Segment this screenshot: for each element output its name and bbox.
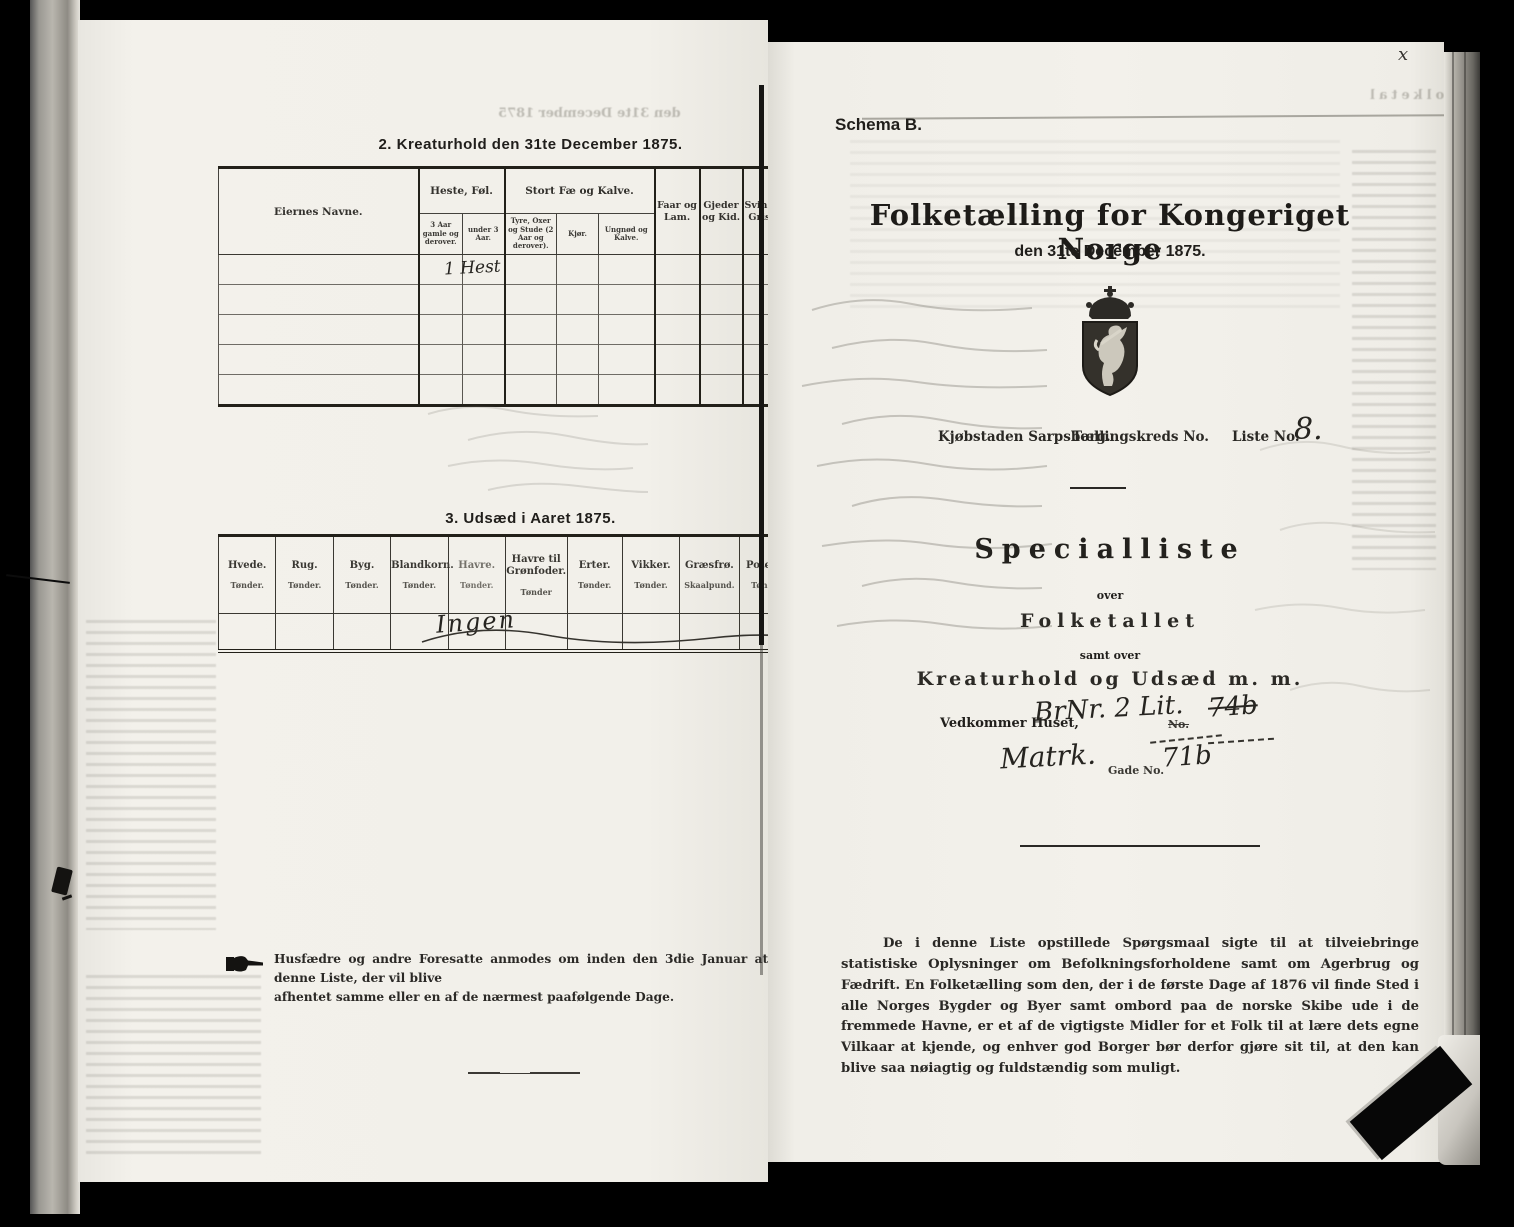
gade-no-label: Gade No. bbox=[1108, 764, 1164, 777]
footer-note-line2: afhentet samme eller en af de nærmest pa… bbox=[274, 988, 826, 1007]
handwritten-housenumber-struck: 74b bbox=[1207, 690, 1259, 723]
handwritten-matrikkel-number: 71b bbox=[1161, 740, 1213, 773]
col-havre: Havre.Tønder. bbox=[448, 536, 505, 614]
pointing-hand-icon bbox=[226, 954, 264, 978]
col-havre-gronfoder: Havre til Grønfoder.Tønder bbox=[505, 536, 567, 614]
list-number-label: Liste No. bbox=[1232, 429, 1300, 445]
samt-over-label: samt over bbox=[830, 649, 1390, 662]
bleedthrough-text: den 31te December 1875 bbox=[498, 106, 681, 121]
col-eiernes-navne: Eiernes Navne. bbox=[219, 168, 419, 255]
col-tyre-oxer: Tyre, Oxer og Stude (2 Aar og derover). bbox=[505, 214, 557, 255]
bleedthrough-handwriting bbox=[408, 392, 768, 512]
folketallet-heading: Folketallet bbox=[830, 610, 1390, 632]
page-fold bbox=[759, 85, 764, 645]
table-row bbox=[219, 315, 842, 345]
kreaturhold-table: Eiernes Navne. Heste, Føl. Stort Fæ og K… bbox=[218, 166, 842, 407]
district-underline bbox=[1070, 487, 1126, 489]
handwritten-matrk: Matrk. bbox=[999, 738, 1096, 776]
footer-note: Husfædre og andre Foresatte anmodes om i… bbox=[274, 950, 826, 1007]
page-fold-lower bbox=[760, 645, 763, 975]
col-byg: Byg.Tønder. bbox=[333, 536, 390, 614]
udsaed-title: 3. Udsæd i Aaret 1875. bbox=[218, 510, 843, 527]
col-graesfro: Græsfrø.Skaalpund. bbox=[680, 536, 740, 614]
right-page-edge-stack bbox=[1444, 52, 1480, 1164]
footer-note-line1: Husfædre og andre Foresatte anmodes om i… bbox=[274, 950, 826, 988]
table-row bbox=[219, 285, 842, 315]
scanned-census-document: den 31te December 1875 2. Kreaturhold de… bbox=[0, 0, 1514, 1227]
col-erter: Erter.Tønder. bbox=[567, 536, 622, 614]
schema-label: Schema B. bbox=[835, 115, 922, 135]
col-group-stort-fae: Stort Fæ og Kalve. bbox=[505, 168, 655, 214]
left-page-edge-stack bbox=[30, 0, 80, 1214]
col-faar-lam: Faar og Lam. bbox=[655, 168, 700, 255]
col-ungnod: Ungnød og Kalve. bbox=[599, 214, 655, 255]
corner-mark: x bbox=[1398, 44, 1408, 65]
col-hvede: Hvede.Tønder. bbox=[219, 536, 276, 614]
instruction-paragraph: De i denne Liste opstillede Spørgsmaal s… bbox=[841, 934, 1419, 1080]
handwritten-list-number: 8. bbox=[1294, 412, 1323, 447]
page-edge-line bbox=[1452, 52, 1454, 1164]
col-group-heste: Heste, Føl. bbox=[419, 168, 505, 214]
col-rug: Rug.Tønder. bbox=[276, 536, 333, 614]
kreaturhold-rows bbox=[219, 255, 842, 406]
bleedthrough-text-block bbox=[86, 620, 216, 930]
no-label: No. bbox=[1168, 718, 1189, 731]
specialliste-heading: Specialliste bbox=[830, 534, 1390, 565]
coat-of-arms bbox=[830, 286, 1390, 408]
col-heste-3aar: 3 Aar gamle og derover. bbox=[419, 214, 463, 255]
table-row bbox=[219, 255, 842, 285]
col-heste-under3: under 3 Aar. bbox=[463, 214, 505, 255]
col-kjor: Kjør. bbox=[557, 214, 599, 255]
separator-rule bbox=[1020, 845, 1260, 847]
district-label: Tællingskreds No. bbox=[1072, 429, 1209, 445]
table-row bbox=[219, 345, 842, 375]
handwritten-entry-hest: 1 Hest bbox=[444, 257, 502, 280]
bleedthrough-handwriting bbox=[1240, 420, 1440, 750]
left-page: den 31te December 1875 2. Kreaturhold de… bbox=[78, 20, 768, 1182]
bleedthrough-text-block bbox=[86, 975, 261, 1155]
page-subtitle: den 31te December 1875. bbox=[830, 243, 1390, 261]
col-vikker: Vikker.Tønder. bbox=[622, 536, 679, 614]
kreaturhold-title: 2. Kreaturhold den 31te December 1875. bbox=[218, 136, 843, 153]
page-edge-line bbox=[1464, 52, 1466, 1164]
kreaturhold-udsaed-heading: Kreaturhold og Udsæd m. m. bbox=[830, 668, 1390, 690]
col-gjeder-kid: Gjeder og Kid. bbox=[700, 168, 743, 255]
col-blandkorn: Blandkorn.Tønder. bbox=[391, 536, 448, 614]
over-label: over bbox=[830, 589, 1390, 602]
short-dashed-line bbox=[468, 1072, 580, 1074]
